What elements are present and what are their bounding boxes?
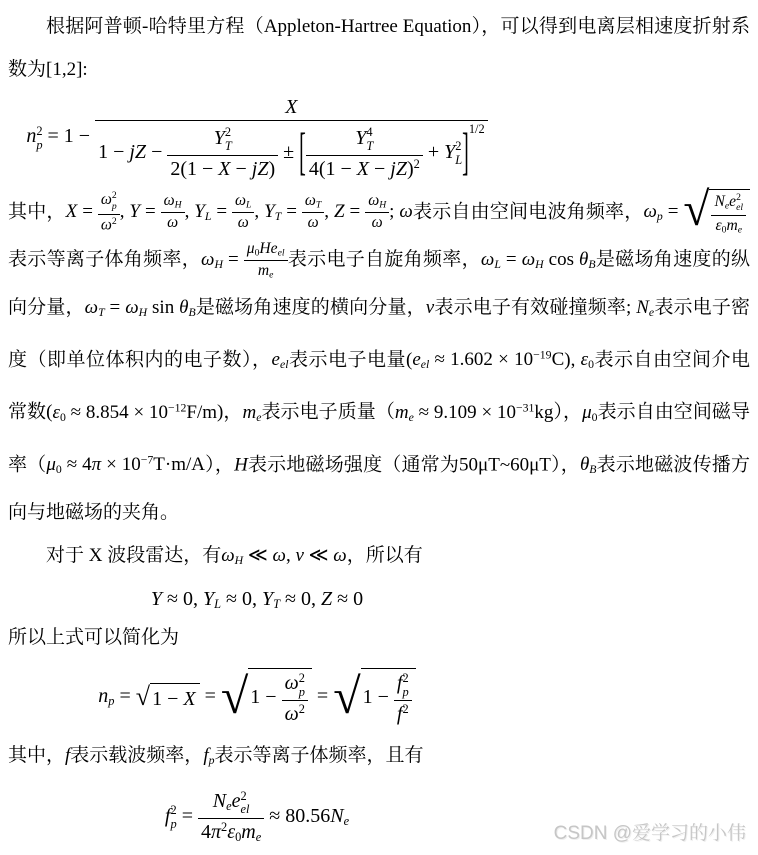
math-variable: m: [241, 821, 255, 843]
math-variable: ω: [235, 192, 246, 209]
math-run: +: [423, 141, 444, 163]
subscript: L: [455, 154, 462, 168]
radical: √Nee2elε0me: [683, 189, 750, 237]
text-run: 表示等离子体角频率，: [8, 249, 201, 270]
sub-sup-stack: 2p: [299, 672, 305, 699]
math-variable: N: [636, 297, 649, 318]
sub-sup-stack: 2el: [736, 193, 743, 214]
text-run: 其中，: [8, 745, 65, 766]
text-run: 表示电子质量（: [261, 402, 394, 423]
subscript: el: [278, 248, 285, 259]
denominator: ω: [302, 213, 324, 233]
math-variable: e: [272, 349, 280, 370]
math-run: ,: [254, 201, 264, 222]
superscript: 2: [299, 672, 305, 686]
math-variable: v: [295, 545, 303, 566]
math-run: −: [146, 141, 167, 163]
fraction: f2pf2: [394, 671, 412, 726]
math-run: × 10: [101, 454, 141, 475]
math-run: =: [663, 201, 684, 222]
math-run: ): [407, 158, 414, 180]
math-variable: n: [26, 125, 36, 147]
math-variable: θ: [580, 454, 589, 475]
math-variable: ω: [201, 249, 214, 270]
math-variable: m: [258, 262, 269, 279]
math-run: ,: [185, 201, 195, 222]
math-variable: Y: [264, 201, 275, 222]
subscript: p: [402, 686, 408, 700]
math-run: ≪: [243, 545, 272, 566]
math-base: ω: [285, 672, 299, 694]
inline-math: ωH = μ0Heelme: [201, 249, 288, 270]
math-variable: ω: [164, 192, 175, 209]
math-run: ≈ 1.602 × 10: [429, 349, 533, 370]
math-run: ±: [278, 141, 299, 163]
math-variable: N: [714, 193, 724, 210]
equation-math: n2p = 1 − X1 − jZ − Y2T2(1 − X − jZ) ± […: [26, 125, 487, 147]
subscript: el: [736, 203, 743, 214]
math-run: 4(1 −: [309, 158, 357, 180]
denominator: me: [244, 261, 288, 281]
radical-symbol: √: [683, 187, 709, 235]
inline-math: ωp = √Nee2elε0me: [643, 201, 750, 222]
equation-math: Y ≈ 0, YL ≈ 0, YT ≈ 0, Z ≈ 0: [151, 588, 363, 610]
math-variable: v: [426, 297, 434, 318]
denominator: 2(1 − X − jZ): [167, 156, 278, 181]
subscript: H: [379, 200, 386, 211]
math-variable: e: [232, 790, 241, 812]
math-run: −: [231, 158, 252, 180]
subscript: H: [214, 258, 223, 271]
math-run: =: [200, 685, 221, 707]
text-run: 表示地磁场强度（通常为50μT~60μT），: [248, 454, 580, 475]
math-run: 1 −: [363, 686, 394, 708]
math-variable: jZ: [252, 158, 269, 180]
math-variable: π: [92, 454, 102, 475]
math-run: ): [268, 158, 275, 180]
fraction: μ0Heelme: [244, 240, 288, 281]
math-variable: Y: [214, 127, 225, 149]
inline-math: ε0 ≈ 8.854 × 10−12F/m: [52, 402, 217, 423]
radicand: 1 − ω2pω2: [248, 668, 312, 727]
subscript: B: [588, 258, 595, 271]
sub-sup-stack: 2p: [402, 672, 408, 699]
denominator: 4(1 − X − jZ)2: [306, 156, 423, 181]
math-run: =: [77, 201, 98, 222]
text-run: ，所以有: [347, 545, 423, 566]
paragraph: 所以上式可以简化为: [8, 616, 750, 659]
denominator: 4π2ε0me: [198, 819, 264, 845]
math-run: ≈ 4: [62, 454, 92, 475]
math-variable: μ: [247, 240, 255, 257]
math-variable: ω: [85, 297, 98, 318]
inline-math: ωH ≪ ω, v ≪ ω: [221, 545, 346, 566]
text-run: )，: [217, 402, 242, 423]
math-run: ;: [389, 201, 399, 222]
subscript: H: [175, 200, 182, 211]
math-variable: ω: [101, 216, 112, 233]
paragraph: 其中，f表示载波频率，fp表示等离子体频率，且有: [8, 734, 750, 782]
math-run: ≈ 8.854 × 10: [66, 402, 168, 423]
text-run: 其中，: [8, 201, 66, 222]
subscript: L: [246, 200, 251, 211]
fraction: X1 − jZ − Y2T2(1 − X − jZ) ± [Y4T4(1 − X…: [95, 95, 488, 181]
superscript: 2: [225, 126, 232, 140]
inline-math: me: [242, 402, 261, 423]
subscript: e: [344, 814, 350, 828]
numerator: f2p: [394, 671, 412, 701]
subscript: el: [241, 803, 250, 817]
math-variable: ω: [101, 191, 112, 208]
denominator: ω2: [98, 215, 120, 235]
text-run: ),: [564, 349, 580, 370]
equation-math: np = √1 − X = √1 − ω2pω2 = √1 − f2pf2: [98, 685, 415, 707]
numerator: ωT: [302, 192, 324, 213]
superscript: −12: [168, 401, 186, 414]
math-variable: ω: [125, 297, 138, 318]
text-run: 表示电子电量(: [288, 349, 412, 370]
equation: Y ≈ 0, YL ≈ 0, YT ≈ 0, Z ≈ 0: [8, 586, 750, 612]
numerator: Nee2el: [711, 193, 746, 216]
subscript: L: [214, 597, 221, 611]
fraction: Nee2elε0me: [711, 193, 746, 236]
math-run: T·m/A: [153, 454, 205, 475]
math-run: ,: [120, 201, 130, 222]
text-run: 表示等离子体频率，且有: [214, 745, 423, 766]
fraction: ω2pω2: [98, 191, 120, 234]
superscript: −19: [533, 349, 551, 362]
math-variable: N: [330, 805, 343, 827]
math-run: ≪: [304, 545, 333, 566]
math-run: 1 −: [98, 141, 129, 163]
math-variable: X: [357, 158, 369, 180]
math-variable: Y: [151, 588, 162, 610]
text-run: 表示自由空间电波角频率，: [413, 201, 644, 222]
math-variable: m: [395, 402, 409, 423]
sub-sup-stack: 2p: [112, 191, 117, 212]
math-variable: ω: [481, 249, 494, 270]
math-run: 2(1 −: [170, 158, 218, 180]
math-variable: jZ: [129, 141, 146, 163]
math-variable: ω: [273, 545, 286, 566]
math-variable: H: [234, 454, 248, 475]
paragraph: 对于 X 波段雷达，有ωH ≪ ω, v ≪ ω，所以有: [8, 534, 750, 582]
inline-math: θB: [580, 454, 597, 475]
superscript: 2: [455, 140, 462, 154]
superscript: 2: [112, 216, 117, 227]
math-variable: Y: [444, 141, 455, 163]
math-run: =: [501, 249, 522, 270]
text-run: ），: [205, 454, 234, 475]
math-variable: He: [259, 240, 277, 257]
superscript: 2: [402, 702, 408, 716]
subscript: p: [112, 202, 117, 213]
radical: √1 − f2pf2: [333, 668, 416, 727]
inline-math: ωL = ωH cos θB: [481, 249, 596, 270]
radical: √1 − ω2pω2: [221, 668, 312, 727]
math-variable: N: [213, 790, 226, 812]
sub-sup-stack: 2T: [225, 126, 232, 153]
inline-math: me ≈ 9.109 × 10−31kg: [395, 402, 554, 423]
inline-math: v: [426, 297, 434, 318]
math-variable: ε: [52, 402, 60, 423]
radical-symbol: √: [221, 671, 248, 721]
fraction: ωHω: [365, 192, 389, 233]
math-run: ≈ 0,: [162, 588, 203, 610]
subscript: H: [139, 306, 148, 319]
math-base: ω: [101, 191, 112, 208]
math-variable: Z: [321, 588, 332, 610]
math-variable: ω: [522, 249, 535, 270]
watermark: CSDN @爱学习的小伟: [554, 818, 746, 845]
radicand: Nee2elε0me: [709, 189, 750, 237]
numerator: Nee2el: [198, 789, 264, 819]
denominator: f2: [394, 701, 412, 726]
math-variable: ω: [285, 672, 299, 694]
superscript: −31: [516, 401, 534, 414]
inline-math: eel: [272, 349, 289, 370]
math-variable: e: [729, 193, 736, 210]
document-body: 根据阿普顿-哈特里方程（Appleton-Hartree Equation），可…: [0, 0, 758, 845]
superscript: 1/2: [469, 122, 485, 136]
text-run: 表示电子自旋角频率，: [288, 249, 481, 270]
bracket: [: [299, 127, 306, 179]
equation: n2p = 1 − X1 − jZ − Y2T2(1 − X − jZ) ± […: [8, 95, 750, 181]
superscript: 2: [402, 672, 408, 686]
math-base: Y: [214, 127, 225, 149]
denominator: ω: [365, 213, 389, 233]
math-run: ≈ 0,: [280, 588, 321, 610]
subscript: H: [235, 554, 244, 567]
inline-math: μ0 ≈ 4π × 10−7T·m/A: [46, 454, 205, 475]
fraction: ωTω: [302, 192, 324, 233]
math-run: =: [345, 201, 366, 222]
math-run: ≈ 80.56: [264, 805, 330, 827]
subscript: T: [273, 597, 280, 611]
sub-sup-stack: 2el: [241, 790, 250, 817]
superscript: 4: [366, 126, 373, 140]
math-variable: ε: [581, 349, 589, 370]
radical: √1 − X: [136, 683, 200, 713]
math-variable: ω: [643, 201, 656, 222]
math-variable: ω: [167, 214, 178, 231]
subscript: H: [535, 258, 544, 271]
math-run: =: [211, 201, 232, 222]
math-variable: Y: [129, 201, 140, 222]
math-run: =: [105, 297, 126, 318]
math-variable: X: [66, 201, 78, 222]
math-run: =: [312, 685, 333, 707]
math-run: 1 −: [250, 686, 281, 708]
fraction: Y4T4(1 − X − jZ)2: [306, 126, 423, 181]
math-run: =: [223, 249, 244, 270]
numerator: ωH: [365, 192, 389, 213]
math-variable: ω: [238, 214, 249, 231]
radicand: 1 − f2pf2: [361, 668, 416, 727]
inline-math: ωT = ωH sin θB: [85, 297, 196, 318]
denominator: 1 − jZ − Y2T2(1 − X − jZ) ± [Y4T4(1 − X …: [95, 121, 488, 181]
numerator: ωL: [232, 192, 254, 213]
math-variable: ω: [368, 192, 379, 209]
math-variable: ω: [333, 545, 346, 566]
math-variable: π: [211, 821, 221, 843]
math-variable: ω: [399, 201, 412, 222]
fraction: ω2pω2: [282, 671, 308, 726]
math-run: =: [115, 685, 136, 707]
denominator: ω: [161, 213, 185, 233]
subscript: T: [225, 140, 232, 154]
math-run: ≈ 9.109 × 10: [414, 402, 516, 423]
math-run: kg: [534, 402, 553, 423]
math-variable: ω: [372, 214, 383, 231]
math-variable: Y: [194, 201, 205, 222]
math-base: Y: [355, 127, 366, 149]
fraction: ωLω: [232, 192, 254, 233]
numerator: Y2T: [167, 126, 278, 156]
math-base: n: [26, 125, 36, 147]
math-variable: jZ: [390, 158, 407, 180]
denominator: ω2: [282, 701, 308, 726]
numerator: X: [95, 95, 488, 121]
subscript: p: [299, 686, 305, 700]
inline-math: eel ≈ 1.602 × 10−19C: [412, 349, 564, 370]
paragraph: 其中，X = ω2pω2, Y = ωHω, YL = ωLω, YT = ωT…: [8, 189, 750, 535]
math-variable: Z: [334, 201, 345, 222]
math-run: = 1 −: [43, 125, 96, 147]
math-run: =: [281, 201, 302, 222]
subscript: e: [738, 224, 742, 235]
math-variable: μ: [46, 454, 56, 475]
document-page: 根据阿普顿-哈特里方程（Appleton-Hartree Equation），可…: [0, 0, 758, 855]
math-variable: X: [183, 688, 195, 710]
fraction: Y2T2(1 − X − jZ): [167, 126, 278, 181]
math-run: ,: [324, 201, 334, 222]
text-run: 表示电子有效碰撞频率;: [434, 297, 636, 318]
fraction: Nee2el4π2ε0me: [198, 789, 264, 845]
subscript: T: [366, 140, 373, 154]
text-run: 对于 X 波段雷达，有: [46, 545, 221, 566]
radical-symbol: √: [136, 684, 150, 710]
text-run: ），: [553, 402, 582, 423]
text-run: 是磁场角速度的横向分量，: [196, 297, 426, 318]
math-variable: ω: [221, 545, 234, 566]
sub-sup-stack: 2L: [455, 140, 462, 167]
math-run: 1 −: [152, 688, 183, 710]
math-run: −: [369, 158, 390, 180]
math-variable: m: [242, 402, 256, 423]
math-run: ≈ 0: [332, 588, 363, 610]
paragraph: 根据阿普顿-哈特里方程（Appleton-Hartree Equation），可…: [8, 5, 750, 91]
radical-symbol: √: [333, 671, 360, 721]
numerator: μ0Heel: [244, 240, 288, 261]
subscript: el: [421, 358, 430, 371]
math-run: F/m: [186, 402, 217, 423]
text-run: 表示载波频率，: [70, 745, 203, 766]
math-run: ≈ 0,: [221, 588, 262, 610]
math-run: C: [552, 349, 565, 370]
math-variable: e: [412, 349, 420, 370]
math-variable: X: [285, 96, 297, 118]
subscript: B: [188, 306, 195, 319]
fraction: ωHω: [161, 192, 185, 233]
superscript: 2: [299, 702, 305, 716]
math-variable: ω: [285, 703, 299, 725]
inline-math: H: [234, 454, 248, 475]
numerator: ω2p: [98, 191, 120, 214]
math-variable: ω: [305, 192, 316, 209]
math-run: =: [177, 805, 198, 827]
math-variable: ω: [308, 214, 319, 231]
math-run: cos: [544, 249, 579, 270]
math-run: 4: [201, 821, 211, 843]
math-variable: X: [218, 158, 230, 180]
math-variable: Y: [355, 127, 366, 149]
math-variable: Y: [262, 588, 273, 610]
denominator: ε0me: [711, 216, 746, 236]
numerator: Y4T: [306, 126, 423, 156]
math-variable: n: [98, 685, 108, 707]
numerator: ω2p: [282, 671, 308, 701]
denominator: ω: [232, 213, 254, 233]
math-run: sin: [147, 297, 179, 318]
inline-math: Ne: [636, 297, 654, 318]
numerator: ωH: [161, 192, 185, 213]
sub-sup-stack: 4T: [366, 126, 373, 153]
inline-math: μ0: [582, 402, 597, 423]
bracket: ]: [462, 127, 469, 179]
math-base: Y: [444, 141, 455, 163]
inline-math: ε0: [581, 349, 594, 370]
equation-math: f2p = Nee2el4π2ε0me ≈ 80.56Ne: [165, 805, 349, 827]
math-variable: Y: [203, 588, 214, 610]
text-run: 所以上式可以简化为: [8, 627, 179, 648]
math-variable: m: [726, 217, 737, 234]
math-variable: θ: [579, 249, 588, 270]
inline-math: X = ω2pω2, Y = ωHω, YL = ωLω, YT = ωTω, …: [66, 201, 413, 222]
inline-math: fp: [203, 745, 214, 766]
subscript: T: [316, 200, 321, 211]
superscript: −7: [141, 454, 154, 467]
text-run: 根据阿普顿-哈特里方程（Appleton-Hartree Equation），可…: [8, 16, 750, 80]
equation: np = √1 − X = √1 − ω2pω2 = √1 − f2pf2: [8, 668, 750, 727]
subscript: e: [269, 270, 273, 281]
math-run: =: [140, 201, 161, 222]
subscript: e: [256, 830, 262, 844]
math-variable: μ: [582, 402, 592, 423]
superscript: 2: [241, 790, 250, 804]
radicand: 1 − X: [150, 683, 200, 713]
superscript: 2: [414, 157, 420, 171]
math-variable: ε: [227, 821, 235, 843]
